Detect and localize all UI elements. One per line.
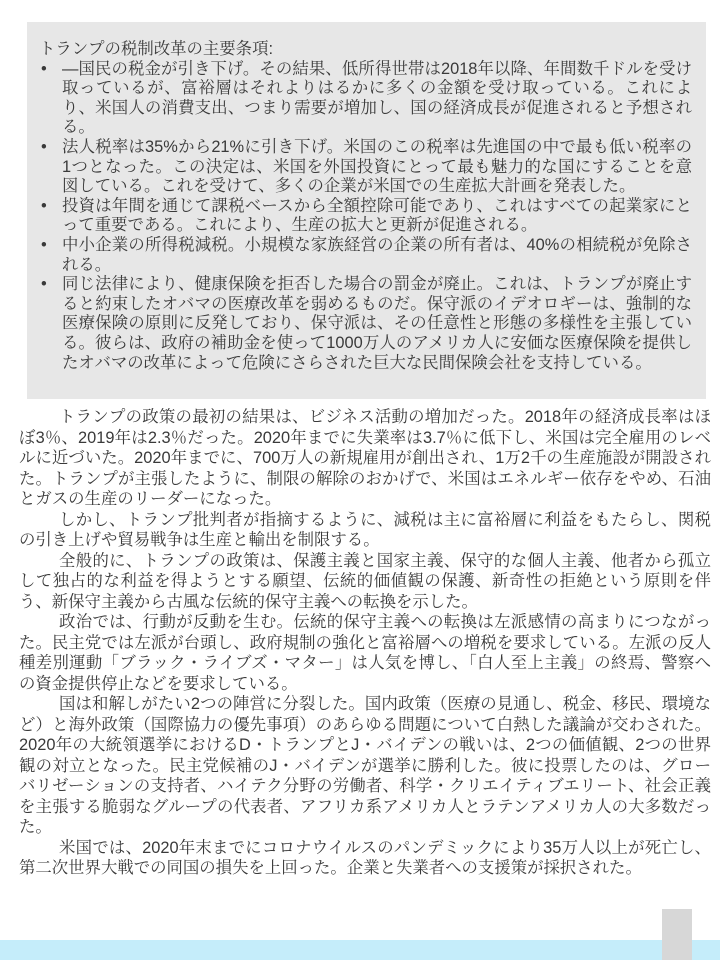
paragraph: 国は和解しがたい2つの陣営に分裂した。国内政策（医療の見通し、税金、移民、環境な…: [19, 694, 711, 838]
bullet-item-text: —国民の税金が引き下げ。その結果、低所得世帯は2018年以降、年間数千ドルを受け…: [62, 60, 692, 138]
bullet-item: • —国民の税金が引き下げ。その結果、低所得世帯は2018年以降、年間数千ドルを…: [39, 60, 692, 138]
bottom-accent-bar: [0, 940, 720, 960]
paragraph: トランプの政策の最初の結果は、ビジネス活動の増加だった。2018年の経済成長率は…: [19, 407, 711, 510]
bullet-item: • 同じ法律により、健康保険を拒否した場合の罰金が廃止。これは、トランプが廃止す…: [39, 275, 692, 373]
bullet-item: • 中小企業の所得税減税。小規模な家族経営の企業の所有者は、40%の相続税が免除…: [39, 236, 692, 275]
body-text: トランプの政策の最初の結果は、ビジネス活動の増加だった。2018年の経済成長率は…: [19, 407, 711, 879]
bullet-item: • 投資は年間を通じて課税ベースから全額控除可能であり、これはすべての起業家にと…: [39, 197, 692, 236]
tax-reform-summary-box: トランプの税制改革の主要条項: • —国民の税金が引き下げ。その結果、低所得世帯…: [27, 22, 706, 399]
bullet-icon: •: [39, 197, 62, 217]
paragraph: 政治では、行動が反動を生む。伝統的保守主義への転換は左派感情の高まりにつながった…: [19, 612, 711, 694]
bullet-icon: •: [39, 60, 62, 80]
bullet-icon: •: [39, 138, 62, 158]
bullet-list: • —国民の税金が引き下げ。その結果、低所得世帯は2018年以降、年間数千ドルを…: [39, 60, 692, 374]
paragraph: 全般的に、トランプの政策は、保護主義と国家主義、保守的な個人主義、他者から孤立し…: [19, 551, 711, 613]
bullet-icon: •: [39, 275, 62, 295]
scrollbar-thumb[interactable]: [662, 909, 692, 960]
paragraph: 米国では、2020年末までにコロナウイルスのパンデミックにより35万人以上が死亡…: [19, 838, 711, 879]
bullet-item: • 法人税率は35%から21%に引き下げ。米国のこの税率は先進国の中で最も低い税…: [39, 138, 692, 197]
bullet-item-text: 同じ法律により、健康保険を拒否した場合の罰金が廃止。これは、トランプが廃止すると…: [62, 275, 692, 373]
bullet-item-text: 中小企業の所得税減税。小規模な家族経営の企業の所有者は、40%の相続税が免除され…: [62, 236, 692, 275]
slide-page: トランプの税制改革の主要条項: • —国民の税金が引き下げ。その結果、低所得世帯…: [0, 0, 720, 960]
bullet-icon: •: [39, 236, 62, 256]
box-heading: トランプの税制改革の主要条項:: [39, 40, 692, 60]
bullet-item-text: 法人税率は35%から21%に引き下げ。米国のこの税率は先進国の中で最も低い税率の…: [62, 138, 692, 197]
paragraph: しかし、トランプ批判者が指摘するように、減税は主に富裕層に利益をもたらし、関税の…: [19, 510, 711, 551]
bullet-item-text: 投資は年間を通じて課税ベースから全額控除可能であり、これはすべての起業家にとって…: [62, 197, 692, 236]
